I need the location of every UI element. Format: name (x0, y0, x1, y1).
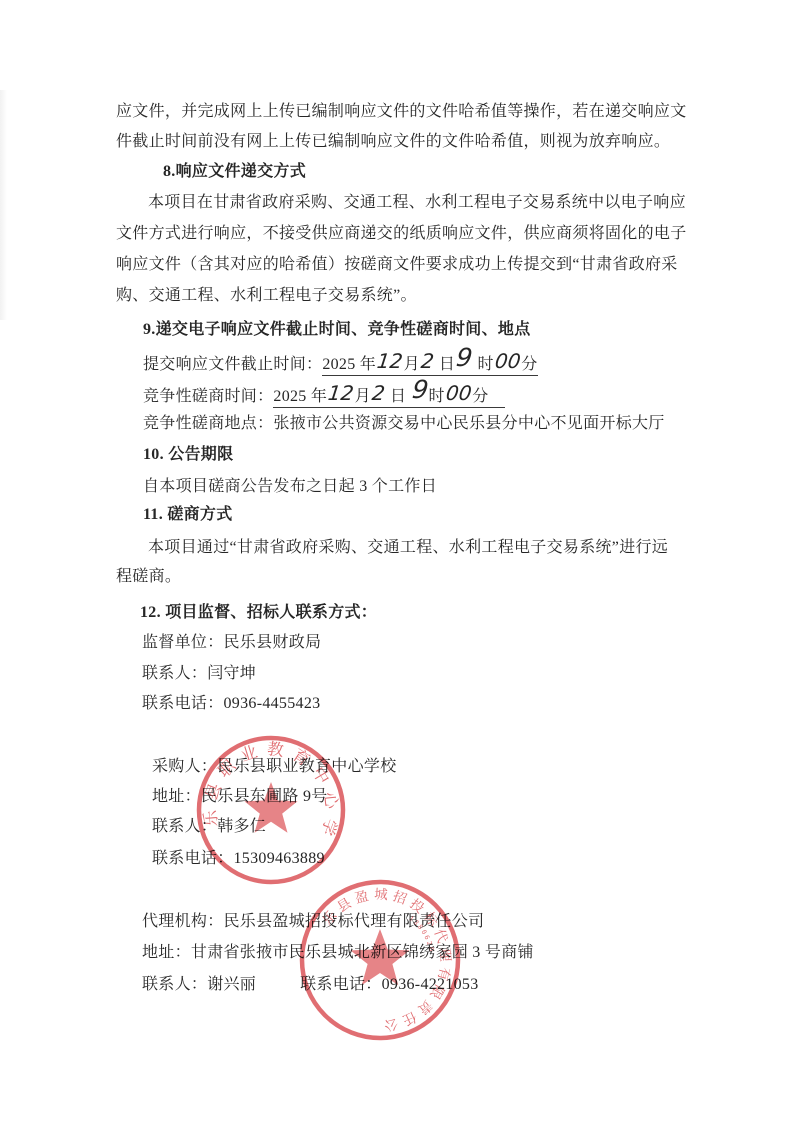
supervisor-unit-line: 监督单位：民乐县财政局 (142, 632, 321, 654)
printed-text: 响应文件（含其对应的哈希值）按磋商文件要求成功上传提交到“甘肃省政府采 (116, 256, 678, 273)
printed-text: 时 (473, 356, 494, 373)
printed-text: 文件方式进行响应，不接受供应商递交的纸质响应文件，供应商须将固化的电子 (116, 225, 687, 242)
text-line: 本项目通过“甘肃省政府采购、交通工程、水利工程电子交易系统”进行远 (148, 537, 668, 559)
supervisor-phone-line: 联系电话：0936-4455423 (142, 693, 320, 715)
handwritten-value: 00 (493, 350, 523, 372)
purchaser-line: 采购人：民乐县职业教育中心学校 (152, 756, 397, 778)
text-line: 程磋商。 (116, 566, 181, 588)
printed-text: 2025 年 (322, 356, 376, 373)
printed-text: 地址：民乐县东圃路 9号 (152, 788, 328, 805)
handwritten-value: 00 (444, 382, 474, 404)
printed-text: 月 (404, 356, 420, 373)
printed-text: 11. 磋商方式 (143, 506, 233, 523)
printed-text: 程磋商。 (116, 568, 181, 585)
purchaser-phone-line: 联系电话：15309463889 (152, 848, 325, 870)
handwritten-value: 12 (326, 382, 356, 404)
text-line: 件截止时间前没有网上上传已编制响应文件的文件哈希值，则视为放弃响应。 (116, 131, 670, 153)
printed-text: 联系人：韩多仁 (152, 818, 266, 835)
text-line: 自本项目磋商公告发布之日起 3 个工作日 (143, 476, 437, 498)
underlined-date: 2025 年12月2 日9 时00分 (322, 356, 537, 376)
printed-text: 日 (386, 388, 411, 405)
printed-text: 代理机构：民乐县盈城招投标代理有限责任公司 (142, 913, 484, 930)
text-line: 购、交通工程、水利工程电子交易系统”。 (116, 285, 417, 307)
printed-text: 应文件，并完成网上上传已编制响应文件的文件哈希值等操作，若在递交响应文 (116, 103, 687, 120)
handwritten-value: 9 (454, 347, 475, 369)
agency-address-line: 地址：甘肃省张掖市民乐县城北新区锦绣家园 3 号商铺 (142, 942, 534, 964)
printed-text: 购、交通工程、水利工程电子交易系统”。 (116, 287, 417, 304)
printed-text: 联系电话：0936-4221053 (300, 976, 478, 993)
printed-text: 9.递交电子响应文件截止时间、竞争性磋商时间、地点 (143, 321, 531, 338)
purchaser-contact-line: 联系人：韩多仁 (152, 816, 266, 838)
printed-text: 本项目在甘肃省政府采购、交通工程、水利工程电子交易系统中以电子响应 (148, 194, 686, 211)
submission-deadline-line: 提交响应文件截止时间：2025 年12月2 日9 时00分 (143, 350, 538, 372)
printed-text: 12. 项目监督、招标人联系方式： (140, 604, 377, 621)
supervisor-contact-line: 联系人：闫守坤 (142, 663, 256, 685)
handwritten-value: 2 (370, 382, 387, 404)
underlined-date: 2025 年12月2 日 9时00分 (273, 388, 505, 408)
printed-text: 分 (521, 356, 537, 373)
printed-text: 10. 公告期限 (143, 446, 233, 463)
printed-text: 联系电话：0936-4455423 (142, 695, 320, 712)
negotiation-place-line: 竞争性磋商地点：张掖市公共资源交易中心民乐县分中心不见面开标大厅 (143, 413, 665, 435)
section-12-heading: 12. 项目监督、招标人联系方式： (140, 602, 377, 624)
printed-text: 8.响应文件递交方式 (163, 163, 306, 180)
printed-text: 联系人：谢兴丽 (142, 976, 256, 993)
section-9-heading: 9.递交电子响应文件截止时间、竞争性磋商时间、地点 (143, 319, 531, 341)
negotiation-time-line: 竞争性磋商时间：2025 年12月2 日 9时00分 (143, 382, 505, 404)
text-line: 响应文件（含其对应的哈希值）按磋商文件要求成功上传提交到“甘肃省政府采 (116, 254, 678, 276)
printed-text: 联系人：闫守坤 (142, 665, 256, 682)
printed-text: 采购人：民乐县职业教育中心学校 (152, 758, 397, 775)
purchaser-address-line: 地址：民乐县东圃路 9号 (152, 786, 328, 808)
section-10-heading: 10. 公告期限 (143, 444, 233, 466)
text-line: 本项目在甘肃省政府采购、交通工程、水利工程电子交易系统中以电子响应 (148, 192, 686, 214)
handwritten-value: 12 (375, 350, 405, 372)
agency-line: 代理机构：民乐县盈城招投标代理有限责任公司 (142, 911, 484, 933)
printed-text: 自本项目磋商公告发布之日起 3 个工作日 (143, 478, 437, 495)
scanned-document-page: 应文件，并完成网上上传已编制响应文件的文件哈希值等操作，若在递交响应文件截止时间… (0, 0, 793, 1122)
printed-text: 竞争性磋商地点：张掖市公共资源交易中心民乐县分中心不见面开标大厅 (143, 415, 665, 432)
printed-text: 2025 年 (273, 388, 327, 405)
printed-text: 月 (355, 388, 371, 405)
handwritten-value: 2 (419, 350, 436, 372)
agency-contact-line: 联系人：谢兴丽联系电话：0936-4221053 (142, 974, 479, 996)
printed-text: 竞争性磋商时间： (143, 388, 273, 405)
text-line: 文件方式进行响应，不接受供应商递交的纸质响应文件，供应商须将固化的电子 (116, 223, 687, 245)
text-line: 应文件，并完成网上上传已编制响应文件的文件哈希值等操作，若在递交响应文 (116, 101, 687, 123)
section-11-heading: 11. 磋商方式 (143, 504, 233, 526)
handwritten-value: 9 (410, 379, 431, 401)
section-8-heading: 8.响应文件递交方式 (163, 161, 306, 183)
printed-text: 时 (429, 388, 445, 405)
printed-text: 监督单位：民乐县财政局 (142, 634, 321, 651)
printed-text: 件截止时间前没有网上上传已编制响应文件的文件哈希值，则视为放弃响应。 (116, 133, 670, 150)
printed-text: 地址：甘肃省张掖市民乐县城北新区锦绣家园 3 号商铺 (142, 944, 534, 961)
printed-text: 提交响应文件截止时间： (143, 356, 322, 373)
printed-text: 本项目通过“甘肃省政府采购、交通工程、水利工程电子交易系统”进行远 (148, 539, 668, 556)
document-text: 应文件，并完成网上上传已编制响应文件的文件哈希值等操作，若在递交响应文件截止时间… (0, 0, 793, 1122)
printed-text: 联系电话：15309463889 (152, 850, 325, 867)
printed-text: 日 (435, 356, 456, 373)
printed-text: 分 (472, 388, 505, 405)
